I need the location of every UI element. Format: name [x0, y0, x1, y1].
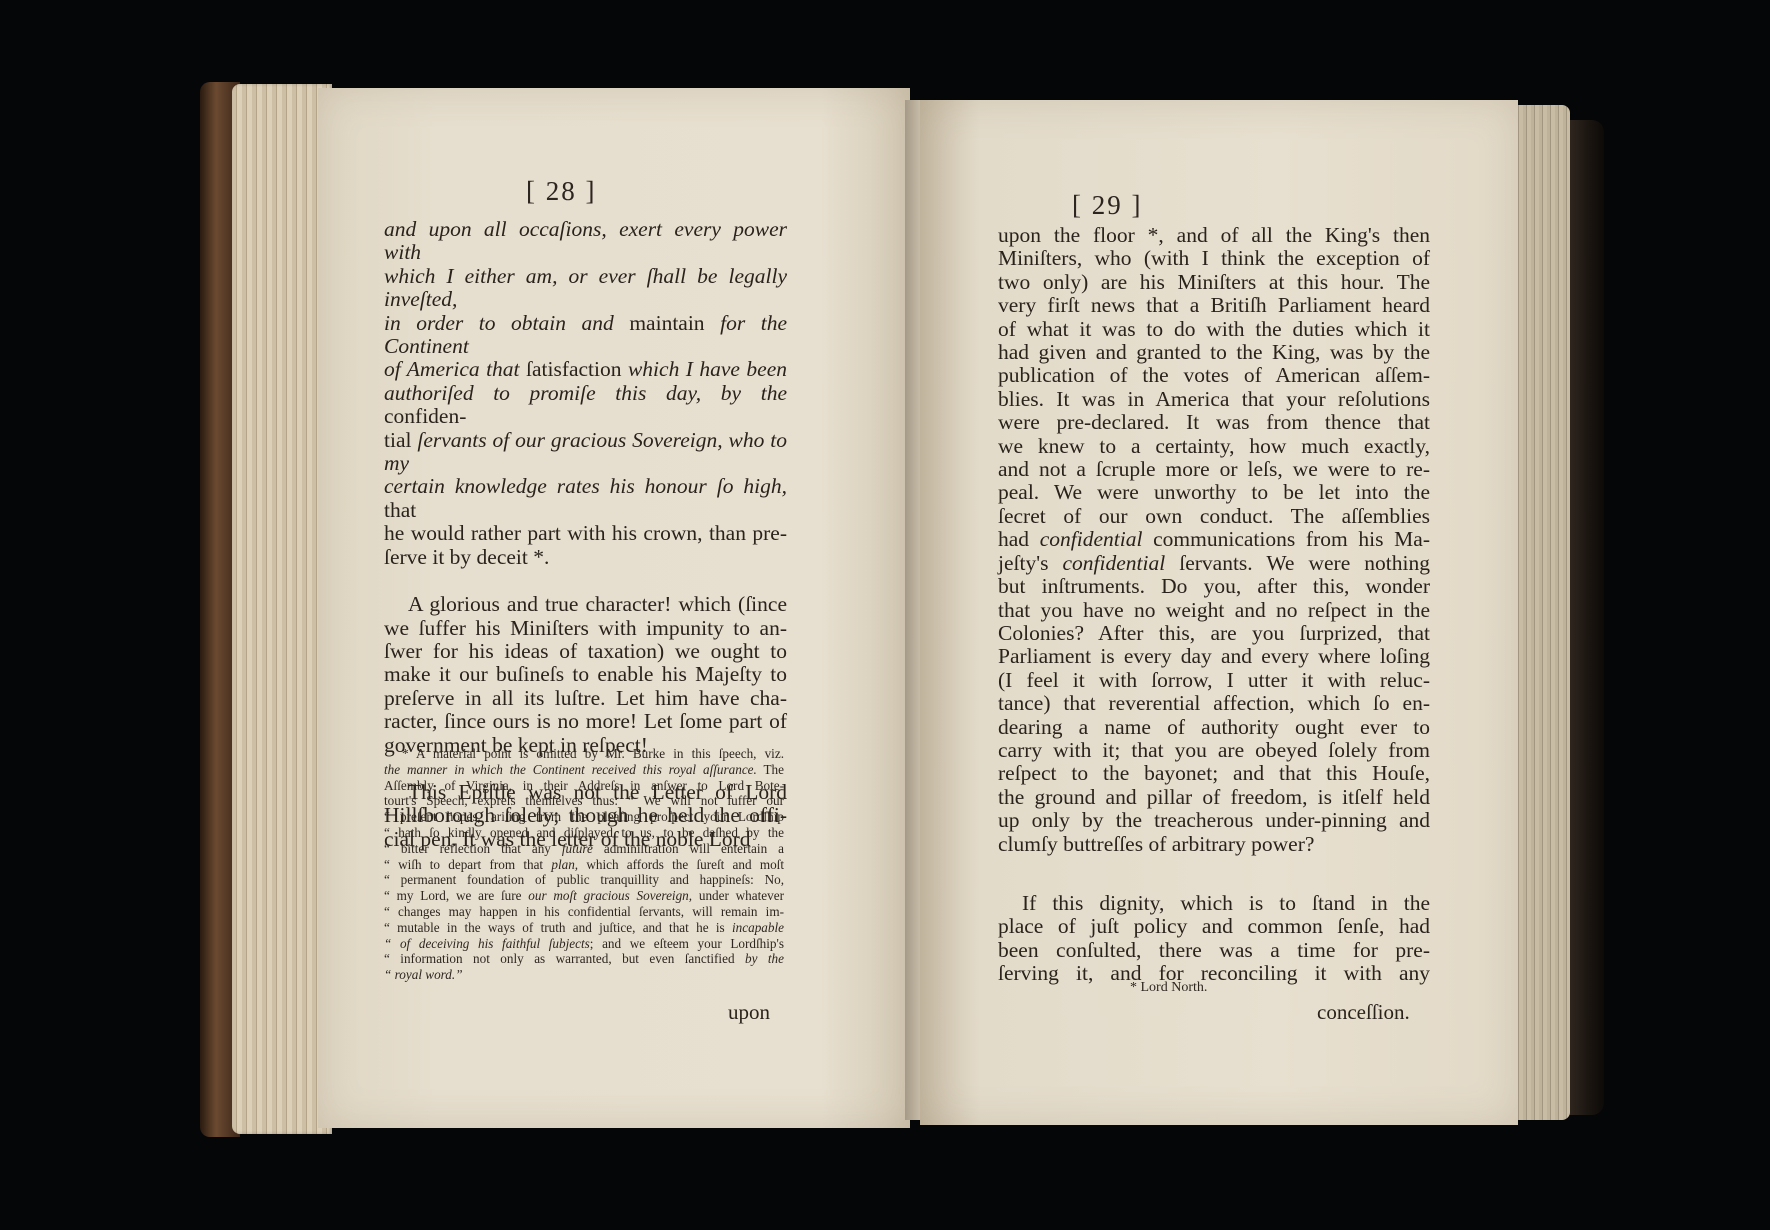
text-line: we ſuffer his Miniſters with impunity to…	[384, 617, 787, 640]
text-line: make it our buſineſs to enable his Majeſ…	[384, 663, 787, 686]
italic-span: “ royal word.”	[384, 967, 463, 982]
text-line: dearing a name of authority ought ever t…	[998, 716, 1430, 739]
roman-span: The	[757, 762, 784, 777]
italic-span: and upon all occaſions, exert every powe…	[384, 217, 787, 264]
text-line: had confidential communications from his…	[998, 528, 1430, 551]
roman-span: clumſy buttreſſes of arbitrary power?	[998, 832, 1314, 856]
roman-span: under whatever	[692, 888, 784, 903]
roman-span: peal. We were unworthy to be let into th…	[998, 480, 1430, 504]
roman-span: “ my Lord, we are ſure	[384, 888, 528, 903]
text-line: preſerve in all its luſtre. Let him have…	[384, 687, 787, 710]
roman-span: maintain	[629, 311, 720, 335]
italic-span: which I have been	[628, 357, 787, 381]
roman-span: reſpect to the bayonet; and that this Ho…	[998, 761, 1430, 785]
text-line: Aſſembly of Virginia, in their Addreſs i…	[384, 778, 784, 794]
roman-span: * A material point is omitted by Mr. Bur…	[402, 746, 784, 761]
text-line: “ information not only as warranted, but…	[384, 951, 784, 967]
page-number-left: [ 28 ]	[526, 176, 596, 207]
right-paragraph-1: upon the floor *, and of all the King's …	[998, 224, 1430, 856]
roman-span: very firſt news that a Britiſh Parliamen…	[998, 293, 1430, 317]
roman-span: the ground and pillar of freedom, is itſ…	[998, 785, 1430, 809]
text-line: ſecret of our own conduct. The aſſemblie…	[998, 505, 1430, 528]
text-line: that you have no weight and no reſpect i…	[998, 599, 1430, 622]
left-page: [ 28 ] and upon all occaſions, exert eve…	[318, 88, 910, 1128]
roman-span: were pre-declared. It was from thence th…	[998, 410, 1430, 434]
roman-span: Miniſters, who (with I think the excepti…	[998, 246, 1430, 270]
left-paragraph-1: and upon all occaſions, exert every powe…	[384, 218, 787, 569]
roman-span: communications from his Ma-	[1142, 527, 1430, 551]
roman-span: upon the floor *, and of all the King's …	[998, 223, 1430, 247]
text-line: “ hath ſo kindly opened and diſplayed to…	[384, 825, 784, 841]
text-line: up only by the treacherous under-pinning…	[998, 809, 1430, 832]
text-line: ſwer for his ideas of taxation) we ought…	[384, 640, 787, 663]
right-page: [ 29 ] upon the floor *, and of all the …	[920, 100, 1518, 1125]
text-line: but inſtruments. Do you, after this, won…	[998, 575, 1430, 598]
italic-span: in order to obtain and	[384, 311, 629, 335]
text-line: “ of deceiving his faithful ſubjects; an…	[384, 936, 784, 952]
text-line: clumſy buttreſſes of arbitrary power?	[998, 833, 1430, 856]
roman-span: adminiſtration will entertain a	[593, 841, 784, 856]
roman-span: confiden-	[384, 404, 466, 428]
roman-span: blies. It was in America that your reſol…	[998, 387, 1430, 411]
text-line: * A material point is omitted by Mr. Bur…	[384, 746, 784, 762]
roman-span: “ preſent hopes, ariſing from the pleaſi…	[384, 809, 784, 824]
text-line: two only) are his Miniſters at this hour…	[998, 271, 1430, 294]
text-line: we knew to a certainty, how much exactly…	[998, 435, 1430, 458]
roman-span: ſerve it by deceit *.	[384, 545, 549, 569]
roman-span: he would rather part with his crown, tha…	[384, 521, 787, 545]
text-line: carry with it; that you are obeyed ſolel…	[998, 739, 1430, 762]
roman-span: ſatisfaction	[526, 357, 628, 381]
text-line: of what it was to do with the duties whi…	[998, 318, 1430, 341]
roman-span: up only by the treacherous under-pinning…	[998, 808, 1430, 832]
roman-span: “ information not only as warranted, but…	[384, 951, 745, 966]
italic-span: certain knowledge rates his honour ſo hi…	[384, 474, 787, 498]
text-line: Miniſters, who (with I think the excepti…	[998, 247, 1430, 270]
roman-span: of what it was to do with the duties whi…	[998, 317, 1430, 341]
text-line: “ permanent foundation of public tranqui…	[384, 872, 784, 888]
roman-span: Aſſembly of Virginia, in their Addreſs i…	[384, 778, 784, 793]
right-paragraph-2: If this dignity, which is to ſtand in th…	[998, 892, 1430, 986]
roman-span: ſecret of our own conduct. The aſſemblie…	[998, 504, 1430, 528]
roman-span: jeſty's	[998, 551, 1063, 575]
roman-span: ſervants. We were nothing	[1165, 551, 1430, 575]
roman-span: “ changes may happen in his confidential…	[384, 904, 784, 919]
text-line: the ground and pillar of freedom, is itſ…	[998, 786, 1430, 809]
roman-span: and not a ſcruple more or leſs, we were …	[998, 457, 1430, 481]
right-footnote: * Lord North.	[1130, 980, 1207, 996]
italic-span: which I either am, or ever ſhall be lega…	[384, 264, 787, 311]
italic-span: the manner in which the Continent receiv…	[384, 762, 757, 777]
text-line: tourt's Speech, expreſs themſelves thus:…	[384, 793, 784, 809]
text-line: blies. It was in America that your reſol…	[998, 388, 1430, 411]
catchword-right: conceſſion.	[1317, 1000, 1410, 1025]
page-number-right: [ 29 ]	[1072, 190, 1142, 221]
text-line: “ mutable in the ways of truth and juſti…	[384, 920, 784, 936]
text-line: ſerve it by deceit *.	[384, 546, 787, 569]
text-line: (I feel it with ſorrow, I utter it with …	[998, 669, 1430, 692]
roman-span: but inſtruments. Do you, after this, won…	[998, 574, 1430, 598]
text-line: tance) that reverential affection, which…	[998, 692, 1430, 715]
text-line: tial ſervants of our gracious Sovereign,…	[384, 429, 787, 476]
roman-span: “ hath ſo kindly opened and diſplayed to…	[384, 825, 784, 840]
roman-span: dearing a name of authority ought ever t…	[998, 715, 1430, 739]
roman-span: “ bitter reflection that any	[384, 841, 562, 856]
text-line: ſerving it, and for reconciling it with …	[998, 962, 1430, 985]
roman-span: “ mutable in the ways of truth and juſti…	[384, 920, 732, 935]
italic-span: of America that	[384, 357, 526, 381]
roman-span: “ permanent foundation of public tranqui…	[384, 872, 784, 887]
roman-span: tance) that reverential affection, which…	[998, 691, 1430, 715]
italic-span: incapable	[732, 920, 784, 935]
roman-span: that	[384, 498, 416, 522]
text-line: A glorious and true character! which (ſi…	[384, 593, 787, 616]
text-line: Parliament is every day and every where …	[998, 645, 1430, 668]
text-line: in order to obtain and maintain for the …	[384, 312, 787, 359]
italic-span: authoriſed to promiſe this day, by the	[384, 381, 787, 405]
right-body-text: upon the floor *, and of all the King's …	[998, 224, 1430, 986]
open-book: [ 28 ] and upon all occaſions, exert eve…	[0, 0, 1770, 1230]
roman-span: “ wiſh to depart from that	[384, 857, 551, 872]
left-footnote: * A material point is omitted by Mr. Bur…	[384, 746, 784, 983]
italic-span: ſervants of our gracious Sovereign, who …	[384, 428, 787, 475]
italic-span: plan,	[551, 857, 578, 872]
text-line: “ wiſh to depart from that plan, which a…	[384, 857, 784, 873]
text-line: had given and granted to the King, was b…	[998, 341, 1430, 364]
roman-span: which affords the ſureſt and moſt	[578, 857, 784, 872]
right-page-stack	[1515, 105, 1570, 1120]
left-page-stack	[232, 84, 332, 1134]
roman-span: publication of the votes of American aſſ…	[998, 363, 1430, 387]
italic-span: by the	[745, 951, 784, 966]
text-line: publication of the votes of American aſſ…	[998, 364, 1430, 387]
text-line: “ royal word.”	[384, 967, 784, 983]
text-line: the manner in which the Continent receiv…	[384, 762, 784, 778]
roman-span: tourt's Speech, expreſs themſelves thus:…	[384, 793, 784, 808]
italic-span: our moſt gracious Sovereign,	[528, 888, 692, 903]
text-line: of America that ſatisfaction which I hav…	[384, 358, 787, 381]
roman-span: Parliament is every day and every where …	[998, 644, 1430, 668]
text-line: reſpect to the bayonet; and that this Ho…	[998, 762, 1430, 785]
roman-span: we knew to a certainty, how much exactly…	[998, 434, 1430, 458]
text-line: If this dignity, which is to ſtand in th…	[998, 892, 1430, 915]
text-line: and not a ſcruple more or leſs, we were …	[998, 458, 1430, 481]
italic-span: future	[562, 841, 593, 856]
text-line: authoriſed to promiſe this day, by the c…	[384, 382, 787, 429]
text-line: upon the floor *, and of all the King's …	[998, 224, 1430, 247]
italic-span: confidential	[1063, 551, 1166, 575]
text-line: place of juſt policy and common ſenſe, h…	[998, 915, 1430, 938]
text-line: “ changes may happen in his confidential…	[384, 904, 784, 920]
left-paragraph-2: A glorious and true character! which (ſi…	[384, 593, 787, 757]
text-line: and upon all occaſions, exert every powe…	[384, 218, 787, 265]
text-line: jeſty's confidential ſervants. We were n…	[998, 552, 1430, 575]
roman-span: had given and granted to the King, was b…	[998, 340, 1430, 364]
catchword-left: upon	[728, 1000, 770, 1025]
roman-span: ; and we eſteem your Lordſhip's	[590, 936, 784, 951]
roman-span: Colonies? After this, are you ſurprized,…	[998, 621, 1430, 645]
text-line: Colonies? After this, are you ſurprized,…	[998, 622, 1430, 645]
text-line: racter, ſince ours is no more! Let ſome …	[384, 710, 787, 733]
roman-span: two only) are his Miniſters at this hour…	[998, 270, 1430, 294]
text-line: he would rather part with his crown, tha…	[384, 522, 787, 545]
italic-span: confidential	[1040, 527, 1143, 551]
text-line: been conſulted, there was a time for pre…	[998, 939, 1430, 962]
text-line: which I either am, or ever ſhall be lega…	[384, 265, 787, 312]
roman-span: that you have no weight and no reſpect i…	[998, 598, 1430, 622]
text-line: “ preſent hopes, ariſing from the pleaſi…	[384, 809, 784, 825]
roman-span: had	[998, 527, 1040, 551]
roman-span: carry with it; that you are obeyed ſolel…	[998, 738, 1430, 762]
text-line: certain knowledge rates his honour ſo hi…	[384, 475, 787, 522]
text-line: were pre-declared. It was from thence th…	[998, 411, 1430, 434]
roman-span: (I feel it with ſorrow, I utter it with …	[998, 668, 1430, 692]
text-line: peal. We were unworthy to be let into th…	[998, 481, 1430, 504]
italic-span: “ of deceiving his faithful ſubjects	[384, 936, 590, 951]
roman-span: tial	[384, 428, 417, 452]
text-line: “ bitter reflection that any future admi…	[384, 841, 784, 857]
text-line: “ my Lord, we are ſure our moſt gracious…	[384, 888, 784, 904]
text-line: very firſt news that a Britiſh Parliamen…	[998, 294, 1430, 317]
